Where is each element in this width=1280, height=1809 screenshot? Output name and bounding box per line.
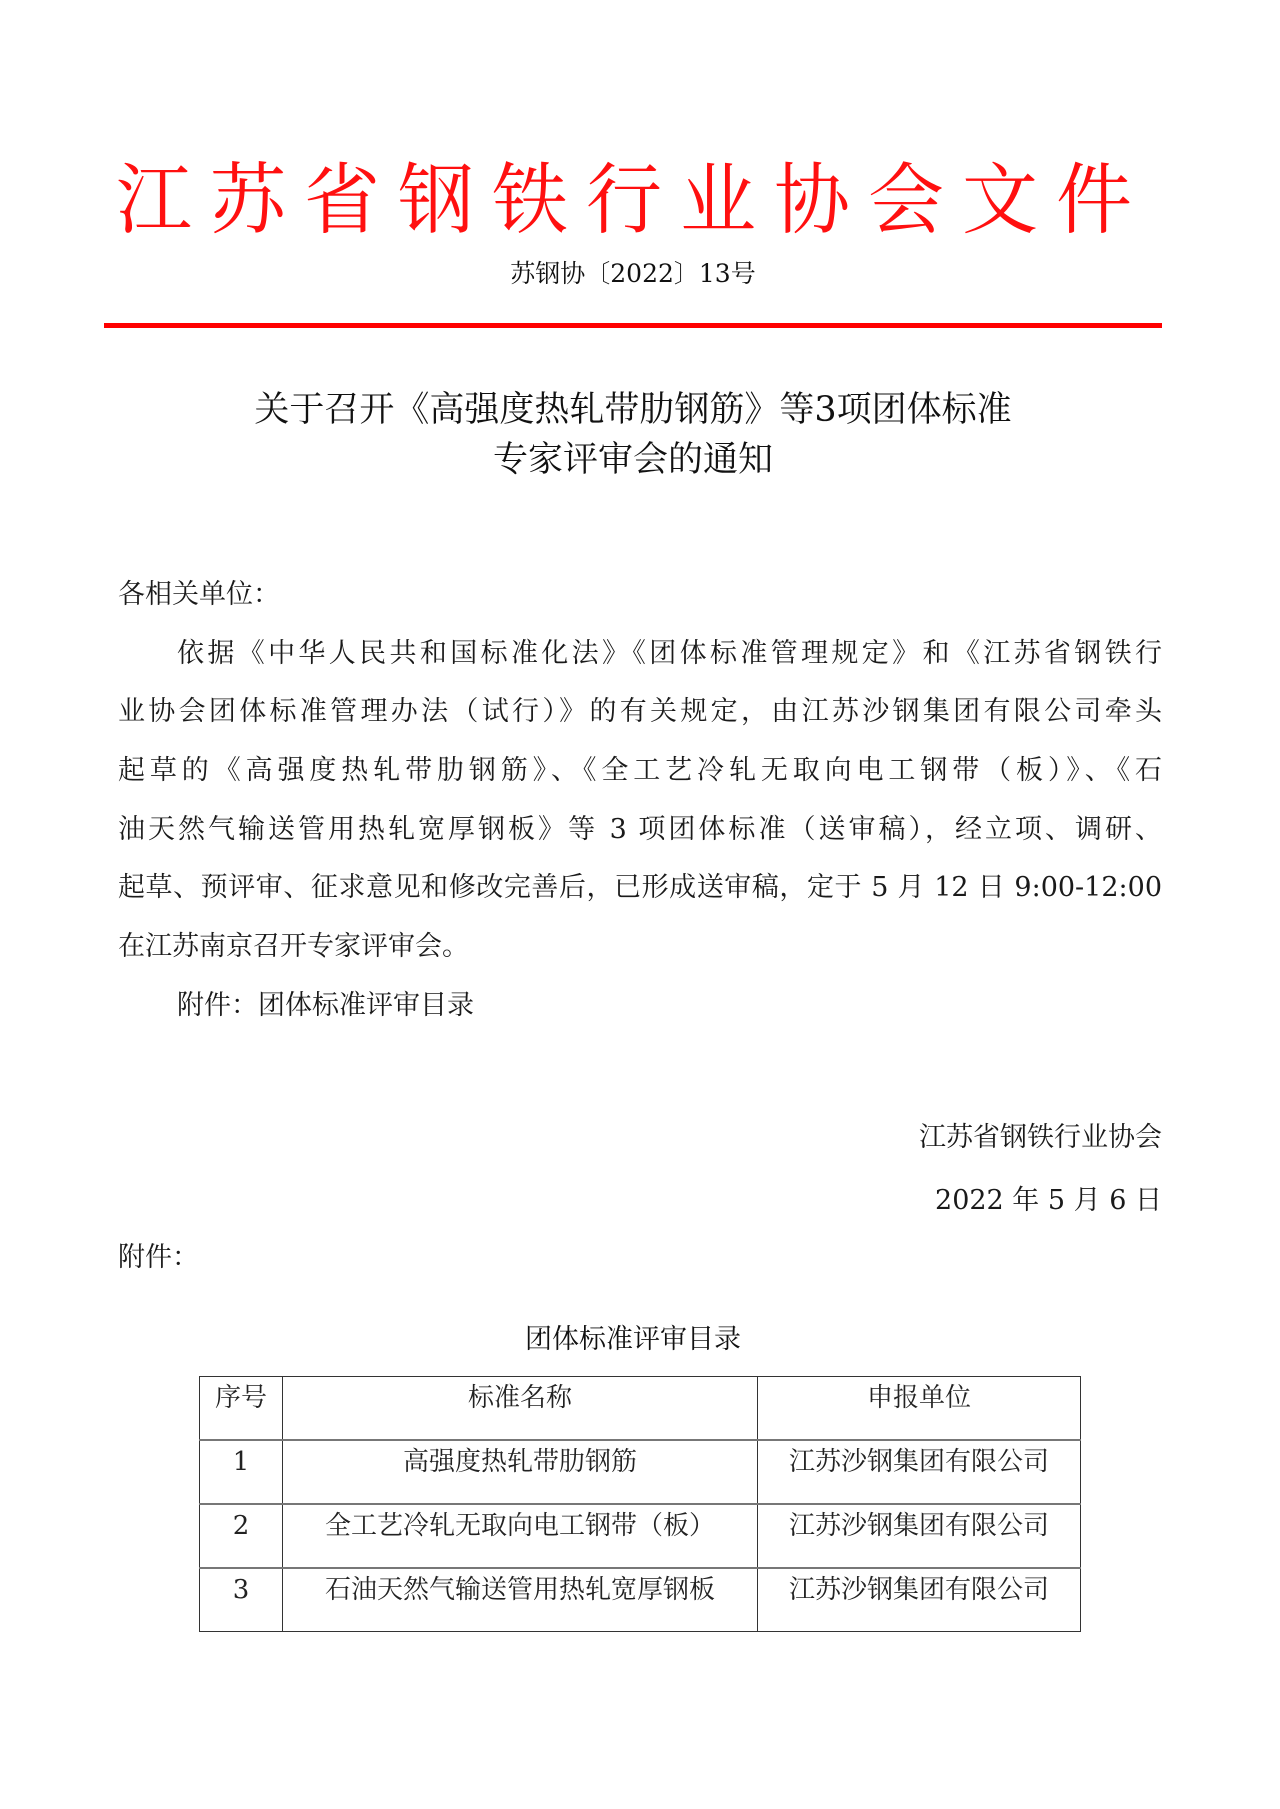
paragraph-line-2: 业协会团体标准管理办法（试行）》的有关规定，由江苏沙钢集团有限公司牵头 [118, 694, 1162, 730]
row-applicant: 江苏沙钢集团有限公司 [758, 1568, 1081, 1632]
column-header-standard-name: 标准名称 [283, 1377, 758, 1441]
row-number: 3 [200, 1568, 283, 1632]
row-number: 1 [200, 1440, 283, 1504]
red-divider-rule [104, 323, 1162, 328]
column-header-applicant: 申报单位 [758, 1377, 1081, 1441]
signature-organization: 江苏省钢铁行业协会 [919, 1120, 1162, 1156]
row-applicant: 江苏沙钢集团有限公司 [758, 1440, 1081, 1504]
document-number: 苏钢协〔2022〕13号 [104, 258, 1162, 290]
row-number: 2 [200, 1504, 283, 1568]
paragraph-line-6: 在江苏南京召开专家评审会。 [118, 929, 469, 965]
paragraph-line-4: 油天然气输送管用热轧宽厚钢板》等 3 项团体标准（送审稿），经立项、调研、 [118, 812, 1162, 848]
table-row: 3 石油天然气输送管用热轧宽厚钢板 江苏沙钢集团有限公司 [200, 1568, 1081, 1632]
attachment-note: 附件：团体标准评审目录 [177, 988, 474, 1024]
appendix-label: 附件： [118, 1240, 199, 1276]
paragraph-line-1: 依据《中华人民共和国标准化法》《团体标准管理规定》和《江苏省钢铁行 [177, 636, 1162, 672]
row-applicant: 江苏沙钢集团有限公司 [758, 1504, 1081, 1568]
appendix-table-title: 团体标准评审目录 [104, 1322, 1162, 1358]
table-header-row: 序号 标准名称 申报单位 [200, 1377, 1081, 1441]
paragraph-line-5: 起草、预评审、征求意见和修改完善后，已形成送审稿，定于 5 月 12 日 9:0… [118, 870, 1162, 906]
row-standard-name: 全工艺冷轧无取向电工钢带（板） [283, 1504, 758, 1568]
paragraph-line-3: 起草的《高强度热轧带肋钢筋》、《全工艺冷轧无取向电工钢带（板）》、《石 [118, 753, 1162, 789]
row-standard-name: 高强度热轧带肋钢筋 [283, 1440, 758, 1504]
table-row: 2 全工艺冷轧无取向电工钢带（板） 江苏沙钢集团有限公司 [200, 1504, 1081, 1568]
document-masthead: 江苏省钢铁行业协会文件 [104, 149, 1162, 251]
salutation: 各相关单位： [118, 577, 280, 613]
column-header-number: 序号 [200, 1377, 283, 1441]
standards-review-table: 序号 标准名称 申报单位 1 高强度热轧带肋钢筋 江苏沙钢集团有限公司 2 全工… [199, 1376, 1081, 1632]
row-standard-name: 石油天然气输送管用热轧宽厚钢板 [283, 1568, 758, 1632]
notice-title-line-2: 专家评审会的通知 [104, 438, 1162, 482]
notice-title-line-1: 关于召开《高强度热轧带肋钢筋》等3项团体标准 [104, 388, 1162, 432]
table-row: 1 高强度热轧带肋钢筋 江苏沙钢集团有限公司 [200, 1440, 1081, 1504]
signature-date: 2022 年 5 月 6 日 [935, 1183, 1162, 1219]
